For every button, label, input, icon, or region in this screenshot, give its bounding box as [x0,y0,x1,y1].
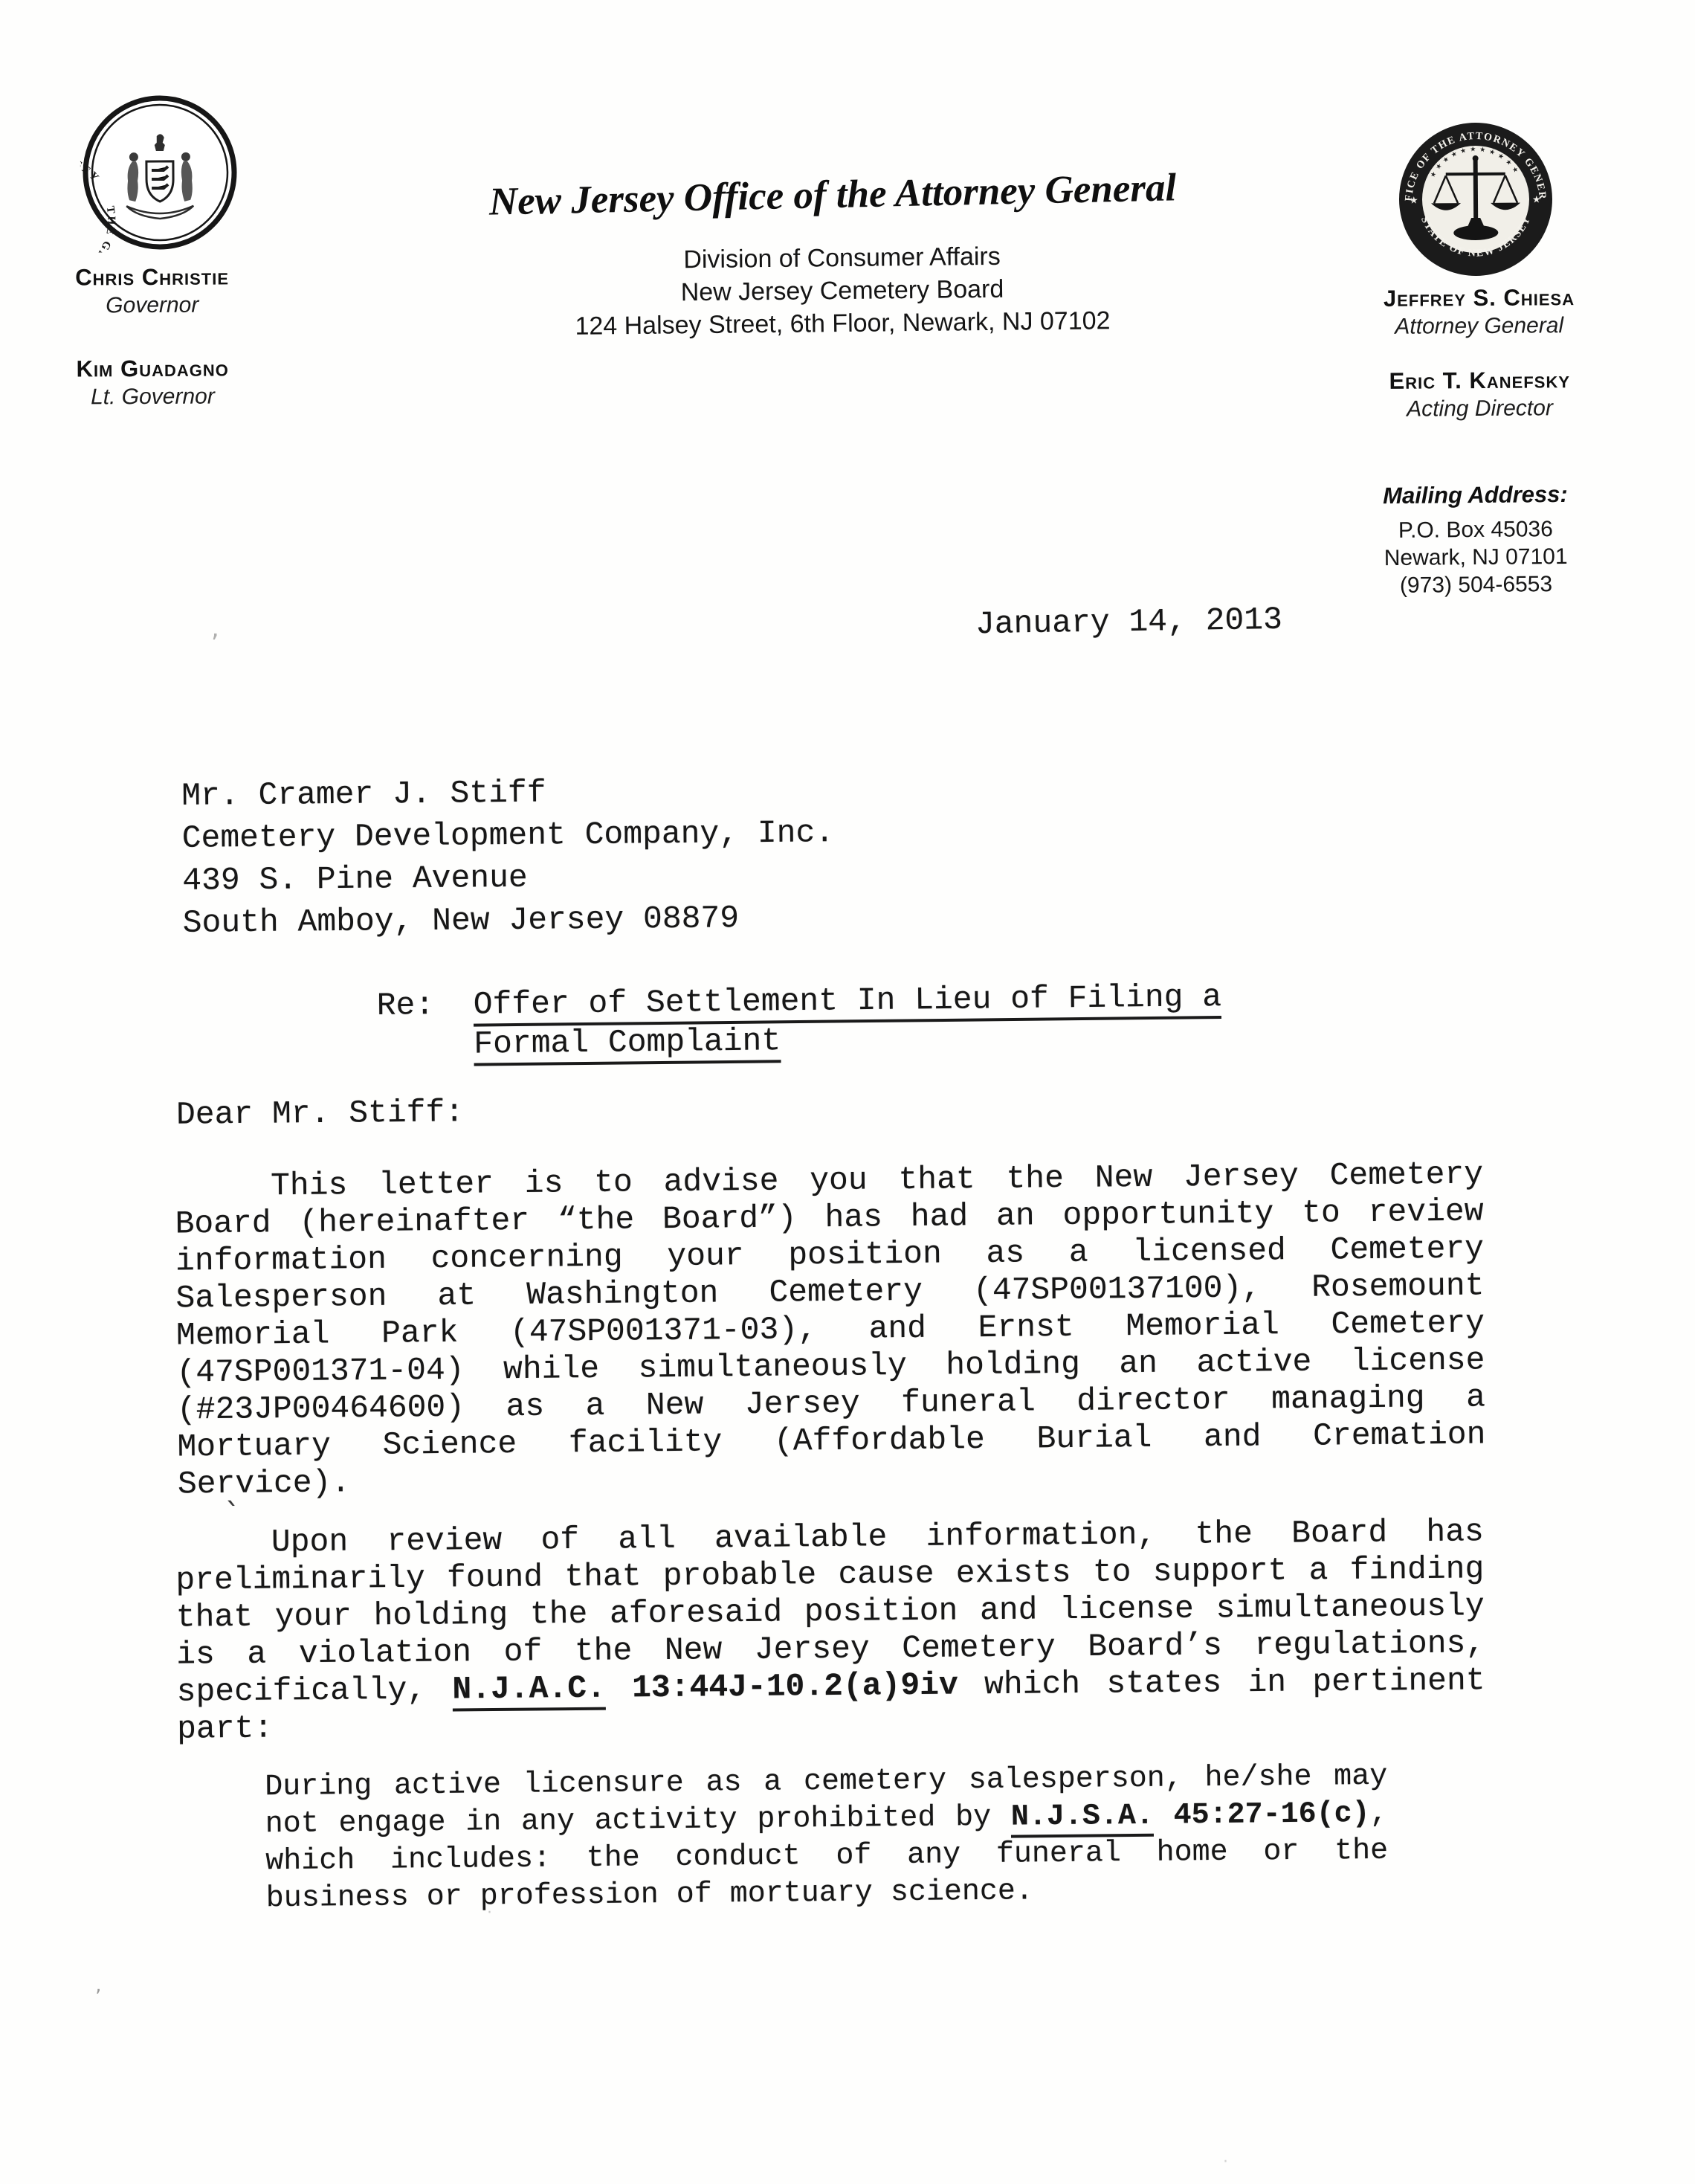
nj-state-seal-icon: THE GREAT SEAL OF THE STATE OF NEW JERSE… [80,92,239,252]
letter-page: THE GREAT SEAL OF THE STATE OF NEW JERSE… [0,0,1695,2184]
acting-director-name: Eric T. Kanefsky [1331,367,1628,396]
attorney-general-name: Jeffrey S. Chiesa [1330,284,1627,313]
svg-text:★: ★ [1410,195,1418,206]
mailing-address-line: (973) 504-6553 [1323,570,1628,600]
text-segment: business or profession of mortuary scien… [266,1875,1034,1916]
re-subject-line1: Offer of Settlement In Lieu of Filing a [473,979,1221,1027]
text-segment [606,1669,633,1706]
text-segment: , [1369,1797,1387,1831]
text-segment: N.J.S.A. [1011,1800,1155,1838]
mailing-address-line: Newark, NJ 07101 [1323,542,1628,573]
recipient-line: 439 S. Pine Avenue [182,854,835,902]
attorney-general-seal-icon: OFFICE OF THE ATTORNEY GENERAL STATE OF … [1395,119,1555,279]
quoted-regulation-block: During active licensure as a cemetery sa… [265,1759,1389,1918]
recipient-address-block: Mr. Cramer J. Stiff Cemetery Development… [181,769,835,944]
acting-director-title: Acting Director [1331,396,1628,423]
re-line-2: Formal Complaint [377,1017,1222,1065]
acting-director-block: Eric T. Kanefsky Acting Director [1331,367,1628,423]
left-officials: Chris Christie Governor Kim Guadagno Lt.… [51,263,253,410]
text-segment [1154,1800,1174,1833]
recipient-line: Cemetery Development Company, Inc. [182,811,835,860]
letter-date: January 14, 2013 [975,602,1283,642]
lt-governor-title: Lt. Governor [52,384,253,410]
attorney-general-title: Attorney General [1331,313,1628,341]
paragraph-1: This letter is to advise you that the Ne… [175,1156,1486,1504]
scan-speck: , [211,613,219,643]
re-subject-block: Re:Offer of Settlement In Lieu of Filing… [376,977,1221,1065]
lt-governor-block: Kim Guadagno Lt. Governor [52,355,253,410]
text-segment: N.J.A.C. [452,1670,606,1712]
svg-text:★: ★ [1532,193,1541,204]
paragraph-2: Upon review of all available information… [175,1513,1486,1747]
governor-name: Chris Christie [51,263,252,291]
mailing-address-block: Mailing Address: P.O. Box 45036 Newark, … [1323,480,1628,600]
mailing-address-line: P.O. Box 45036 [1323,515,1628,545]
text-segment: Service). [178,1464,351,1502]
lt-governor-name: Kim Guadagno [52,355,253,382]
re-label: Re: [376,985,474,1025]
right-officials: Jeffrey S. Chiesa Attorney General Eric … [1330,284,1628,423]
agency-header-title-wrap: New Jersey Office of the Attorney Genera… [357,163,1309,228]
salutation: Dear Mr. Stiff: [176,1094,464,1133]
text-segment: 13:44J-10.2(a)9iv [632,1667,958,1707]
re-subject-line2: Formal Complaint [474,1022,781,1066]
attorney-general-block: Jeffrey S. Chiesa Attorney General [1330,284,1628,341]
re-indent-spacer [377,1053,474,1054]
scan-speck: · [487,1904,492,1922]
governor-block: Chris Christie Governor [51,263,252,318]
recipient-line: Mr. Cramer J. Stiff [181,769,834,817]
mailing-address-label: Mailing Address: [1323,480,1627,510]
agency-title: New Jersey Office of the Attorney Genera… [357,163,1309,228]
text-segment: part: [177,1710,273,1747]
governor-title: Governor [52,292,253,318]
re-line-1: Re:Offer of Settlement In Lieu of Filing… [376,977,1221,1025]
text-segment: 45:27-16(c) [1173,1797,1369,1833]
agency-header-sub: Division of Consumer Affairs New Jersey … [395,237,1288,345]
scan-speck: ‚ [95,1974,101,1997]
text-segment: not engage in any activity prohibited by [265,1801,1012,1842]
scan-speck: · [1223,2153,1228,2171]
recipient-line: South Amboy, New Jersey 08879 [183,896,836,944]
text-segment: specifically, [176,1671,452,1710]
text-segment: which states in pertinent [958,1662,1485,1703]
